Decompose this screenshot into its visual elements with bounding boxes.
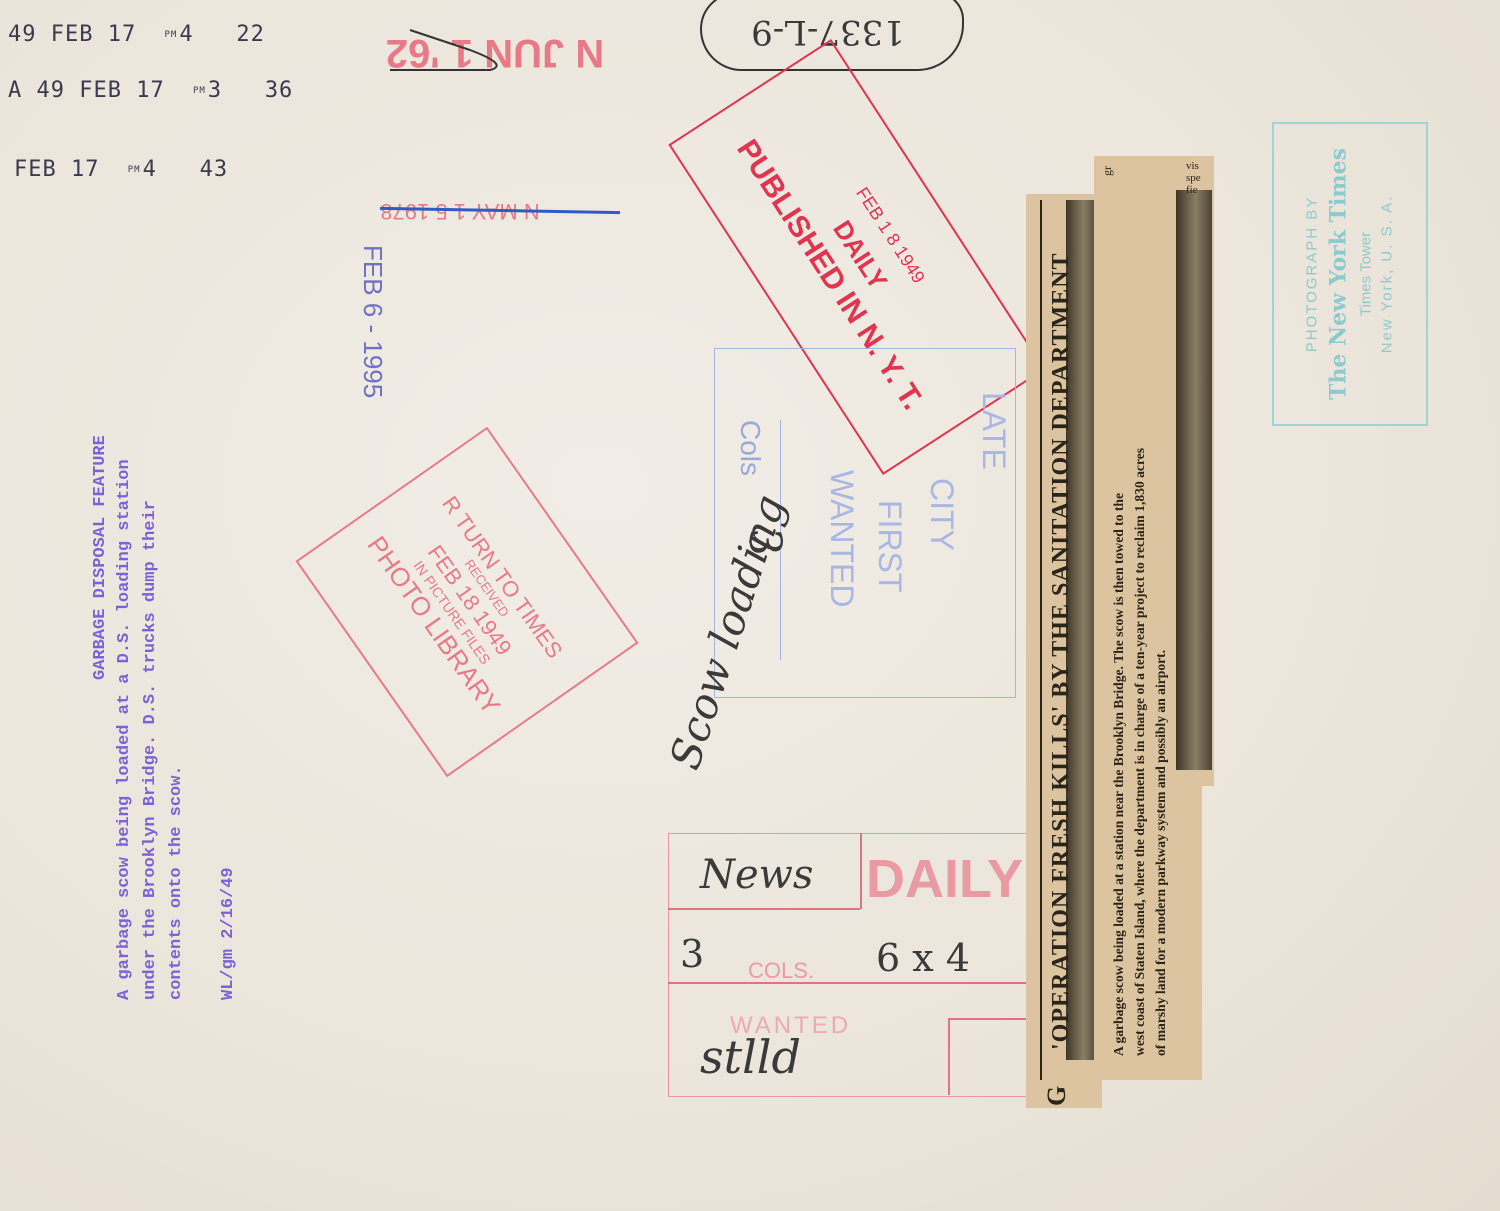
cols-red-text: COLS. <box>748 958 814 983</box>
cols-label-text: Cols <box>735 420 766 476</box>
clipping-caption: A garbage scow being loaded at a station… <box>1108 448 1171 1056</box>
ts-hour: 4 <box>143 157 157 182</box>
credit-line1: PHOTOGRAPH BY <box>1301 148 1323 400</box>
daily-label: DAILY <box>866 848 1023 910</box>
time-stamp-3: FEB 17 PM4 43 <box>14 157 228 182</box>
fragment-top-text: gr <box>1100 166 1114 176</box>
ts-year: A 49 <box>8 78 65 103</box>
rule-line <box>1040 200 1042 1080</box>
clipping-fragment-right: vis spe fie <box>1186 160 1201 196</box>
city-word: CITY <box>924 478 960 551</box>
handwritten-size: 6 x 4 <box>876 936 970 980</box>
handwritten-still: stlld <box>700 1030 801 1084</box>
credit-line4: New York, U. S. A. <box>1377 148 1399 400</box>
credit-line2: The New York Times <box>1323 148 1355 400</box>
clipping-line: A garbage scow being loaded at a station… <box>1108 448 1129 1056</box>
ts-year: 49 <box>8 22 37 47</box>
first-text: FIRST <box>871 500 908 592</box>
divider <box>948 1018 950 1095</box>
still-text: stlld <box>700 1030 801 1084</box>
credit-stamp: PHOTOGRAPH BY The New York Times Times T… <box>1272 122 1428 426</box>
daily-text: DAILY <box>866 849 1023 909</box>
clipping-fragment-g: G <box>1042 1086 1072 1106</box>
feb-1995-stamp: FEB 6 - 1995 <box>331 245 362 398</box>
fragment-g: G <box>1042 1086 1071 1106</box>
clipping-line: west coast of Staten Island, where the d… <box>1129 448 1150 1056</box>
caption-title: GARBAGE DISPOSAL FEATURE <box>88 435 114 680</box>
clipping-line: of marshy land for a modern parkway syst… <box>1150 448 1171 1056</box>
photo-strip-right <box>1176 190 1212 770</box>
ts-ampm: PM <box>193 87 206 95</box>
caption-line: contents onto the scow. <box>164 459 190 1000</box>
late-text: LATE <box>975 392 1012 470</box>
handwritten-paper: News <box>700 852 813 898</box>
signature-text: WL/gm 2/16/49 <box>219 867 238 1000</box>
caption-signature: WL/gm 2/16/49 <box>216 867 242 1000</box>
feb-1995-text: FEB 6 - 1995 <box>357 245 388 398</box>
ts-minute: 22 <box>236 22 265 47</box>
caption-line: A garbage scow being loaded at a D.S. lo… <box>112 459 138 1000</box>
caption-line: under the Brooklyn Bridge. D.S. trucks d… <box>138 459 164 1000</box>
ts-ampm: PM <box>164 31 177 39</box>
handwritten-cols: 3 <box>680 932 704 976</box>
cols-red-value: 3 <box>680 932 704 976</box>
first-word: FIRST <box>872 500 908 592</box>
fragment-right-line: fie <box>1186 184 1201 196</box>
clipping-headline: 'OPERATION FRESH KILLS' BY THE SANITATIO… <box>1048 252 1075 1050</box>
divider <box>668 908 860 910</box>
size-text: 6 x 4 <box>876 936 970 980</box>
pencil-arrow-mark <box>380 20 600 80</box>
city-text: CITY <box>923 478 960 551</box>
cols-red-label: COLS. <box>748 958 814 984</box>
credit-line3: Times Tower <box>1355 148 1377 400</box>
ts-date: FEB 17 <box>14 157 99 182</box>
ts-hour: 4 <box>179 22 193 47</box>
cols-label: Cols <box>734 420 766 476</box>
clipping-fragment-top: gr <box>1100 166 1115 176</box>
ts-hour: 3 <box>208 78 222 103</box>
wanted-blue-word: WANTED <box>824 470 860 607</box>
ts-date: FEB 17 <box>79 78 164 103</box>
ts-date: FEB 17 <box>51 22 136 47</box>
late-word: LATE <box>976 392 1012 470</box>
divider <box>860 833 862 909</box>
fragment-right-line: vis <box>1186 160 1201 172</box>
wanted-text: WANTED <box>823 470 860 607</box>
paper-name: News <box>700 852 813 898</box>
divider <box>948 1018 1028 1020</box>
received-stamp: R TURN TO TIMES RECEIVED FEB 18 1949 IN … <box>295 427 638 777</box>
headline-text: 'OPERATION FRESH KILLS' BY THE SANITATIO… <box>1048 252 1074 1050</box>
ts-minute: 43 <box>200 157 229 182</box>
ts-ampm: PM <box>128 166 141 174</box>
photo-verso: 49 FEB 17 PM4 22 A 49 FEB 17 PM3 36 FEB … <box>0 0 1500 1211</box>
ts-minute: 36 <box>265 78 294 103</box>
divider <box>668 982 1028 984</box>
typed-caption: A garbage scow being loaded at a D.S. lo… <box>112 459 190 1000</box>
caption-title-text: GARBAGE DISPOSAL FEATURE <box>91 435 110 680</box>
fragment-right-line: spe <box>1186 172 1201 184</box>
time-stamp-2: A 49 FEB 17 PM3 36 <box>8 78 293 103</box>
time-stamp-1: 49 FEB 17 PM4 22 <box>8 22 265 47</box>
